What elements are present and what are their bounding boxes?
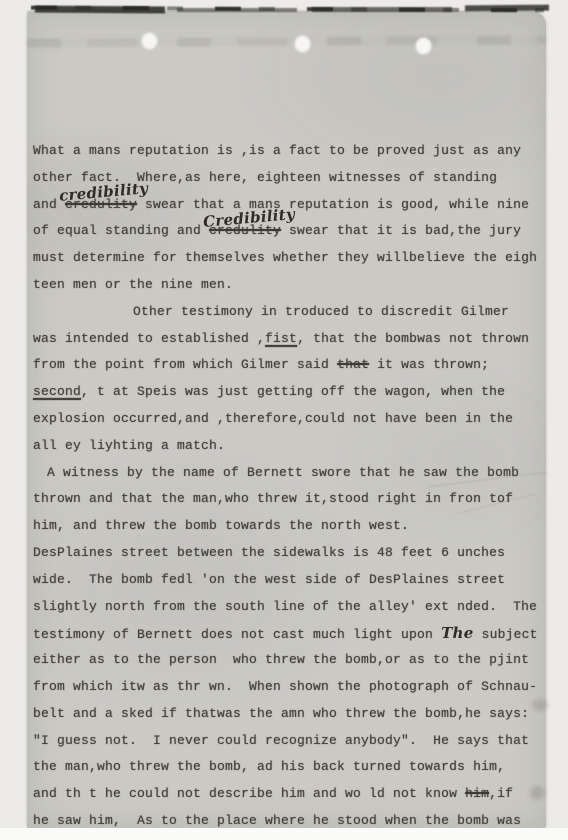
text-line: from which itw as thr wn. When shown the… [33,674,543,701]
struck-word: him [465,786,489,801]
torn-edge-mark [177,8,297,12]
underlined-word: second [33,384,81,399]
scanned-page: What a mans reputation is ,is a fact to … [27,11,546,828]
struck-word: that [337,357,369,372]
text-line: belt and a sked if thatwas the amn who t… [33,701,543,728]
underlined-word: fist [265,331,297,346]
text-line: all ey liyhting a match. [33,433,543,460]
text-line: "I guess not. I never could recognize an… [33,728,543,755]
text-line: second, t at Speis was just getting off … [33,379,543,406]
handwritten-correction: Credibilitycredulity [209,223,281,238]
typed-text: all ey liyhting a match. [33,438,225,453]
typed-text: ,if [489,786,513,801]
typed-text: swear that a mans reputation is good, wh… [137,197,529,212]
typed-text: , that the bombwas not thrown [297,331,529,346]
typed-text: the man,who threw the bomb, ad his back … [33,759,505,774]
text-line: him, and threw the bomb towards the nort… [33,513,543,540]
text-line: must determine for themselves whether th… [33,245,543,272]
typed-text: wide. The bomb fedl 'on the west side of… [33,572,505,587]
scan-bottom-strip [0,828,568,840]
typed-text: from which itw as thr wn. When shown the… [33,679,537,694]
typed-text: swear that it is bad,the jury [281,223,521,238]
text-line: Other testimony in troduced to discredit… [33,299,543,326]
typed-text: belt and a sked if thatwas the amn who t… [33,706,529,721]
typed-text: subject [474,627,538,642]
text-line: from the point from which Gilmer said th… [33,352,543,379]
typed-text: explosion occurred,and ,therefore,could … [33,411,513,426]
text-line: teen men or the nine men. [33,272,543,299]
typewritten-text-block: What a mans reputation is ,is a fact to … [33,138,543,835]
typed-text: must determine for themselves whether th… [33,250,537,265]
typed-text: him, and threw the bomb towards the nort… [33,518,409,533]
typed-text: A witness by the name of Bernett swore t… [47,465,519,480]
typed-text: thrown and that the man,who threw it,sto… [33,491,513,506]
punch-hole [295,36,310,52]
crease-line [27,35,546,47]
typed-text: DesPlaines street between the sidewalks … [33,545,505,560]
handwritten-correction: credibilitycredulity [65,197,137,212]
torn-edge-mark [312,7,452,12]
typed-text: testimony of Bernett does not cast much … [33,627,441,642]
text-line: explosion occurred,and ,therefore,could … [33,406,543,433]
handwritten-word: The [441,624,474,642]
punch-hole [142,33,157,49]
typed-text: , t at Speis was just getting off the wa… [81,384,505,399]
typed-text: "I guess not. I never could recognize an… [33,733,529,748]
typed-text: slightly north from the south line of th… [33,599,537,614]
torn-edge-mark [35,6,165,14]
text-line: What a mans reputation is ,is a fact to … [33,138,543,165]
typed-text: What a mans reputation is ,is a fact to … [33,143,521,158]
typed-text: was intended to established , [33,331,265,346]
typed-text: Other testimony in troduced to discredit… [133,304,509,319]
typed-text: from the point from which Gilmer said [33,357,337,372]
text-line: A witness by the name of Bernett swore t… [33,460,543,487]
text-line: the man,who threw the bomb, ad his back … [33,754,543,781]
text-line: and th t he could not describe him and w… [33,781,543,808]
text-line: testimony of Bernett does not cast much … [33,620,543,647]
text-line: thrown and that the man,who threw it,sto… [33,486,543,513]
typed-text: teen men or the nine men. [33,277,233,292]
text-line: was intended to established ,fist, that … [33,326,543,353]
text-line: wide. The bomb fedl 'on the west side of… [33,567,543,594]
text-line: of equal standing and Credibilitycreduli… [33,218,543,245]
typed-text: either as to the person who threw the bo… [33,652,529,667]
typed-text: it was thrown; [369,357,489,372]
typed-text: of equal standing and [33,223,209,238]
text-line: slightly north from the south line of th… [33,594,543,621]
torn-edge-mark [465,5,549,12]
typed-text: he saw him, As to the place where he sto… [33,813,521,828]
text-line: either as to the person who threw the bo… [33,647,543,674]
text-line: DesPlaines street between the sidewalks … [33,540,543,567]
typed-text: and th t he could not describe him and w… [33,786,465,801]
punch-hole [416,38,431,54]
